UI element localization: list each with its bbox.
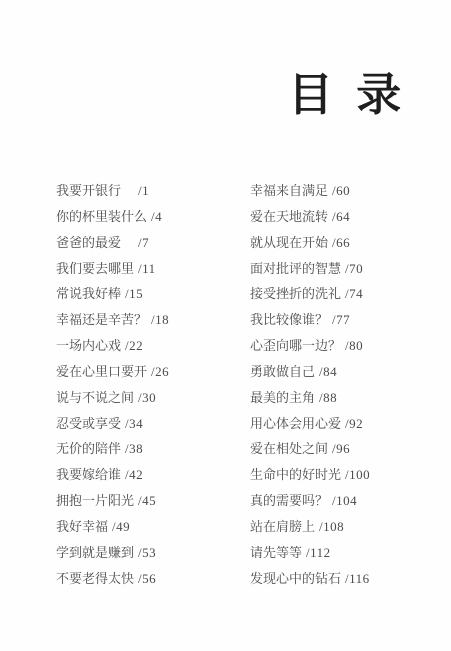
toc-item-title: 幸福还是辛苦？ [56, 312, 147, 327]
toc-item-title: 爱在相处之间 [250, 441, 328, 456]
toc-item: 幸福来自满足/60 [250, 178, 451, 204]
toc-item: 请先等等/112 [250, 540, 451, 566]
toc-item-title: 幸福来自满足 [250, 183, 328, 198]
toc-item-page-number: /88 [319, 390, 337, 405]
toc-item-page-number: /70 [345, 261, 363, 276]
toc-item-page-number: /56 [138, 571, 156, 586]
toc-item: 常说我好棒/15 [56, 281, 250, 307]
toc-item-page-number: /4 [151, 209, 162, 224]
toc-item-page-number: /74 [345, 286, 363, 301]
toc-item-title: 忍受或享受 [56, 416, 121, 431]
toc-item: 爱在相处之间/96 [250, 436, 451, 462]
toc-item-page-number: /64 [332, 209, 350, 224]
toc-item-title: 我要嫁给谁 [56, 467, 121, 482]
toc-item-title: 你的杯里装什么 [56, 209, 147, 224]
toc-item-page-number: /49 [112, 519, 130, 534]
toc-item-page-number: /112 [306, 545, 331, 560]
toc-item-page-number: /53 [138, 545, 156, 560]
toc-item-page-number: /34 [125, 416, 143, 431]
toc-item-title: 爱在天地流转 [250, 209, 328, 224]
toc-item-page-number: /7 [138, 235, 149, 250]
toc-item-title: 心歪向哪一边？ [250, 338, 341, 353]
toc-item-page-number: /18 [151, 312, 169, 327]
toc-item: 忍受或享受/34 [56, 411, 250, 437]
toc-item-title: 我们要去哪里 [56, 261, 134, 276]
toc-item-page-number: /26 [151, 364, 169, 379]
toc-item: 勇敢做自己/84 [250, 359, 451, 385]
page-title: 目 录 [288, 66, 407, 125]
toc-item-title: 拥抱一片阳光 [56, 493, 134, 508]
toc-item-page-number: /96 [332, 441, 350, 456]
toc-item-title: 我好幸福 [56, 519, 108, 534]
toc-item-title: 请先等等 [250, 545, 302, 560]
toc-item-page-number: /104 [332, 493, 357, 508]
toc-item: 幸福还是辛苦？/18 [56, 307, 250, 333]
toc-item: 接受挫折的洗礼/74 [250, 281, 451, 307]
toc-item-title: 常说我好棒 [56, 286, 121, 301]
toc-item-title: 学到就是赚到 [56, 545, 134, 560]
toc-item: 爱在心里口要开/26 [56, 359, 250, 385]
toc-item-page-number: /100 [345, 467, 370, 482]
toc-item-page-number: /45 [138, 493, 156, 508]
toc-item-title: 站在肩膀上 [250, 519, 315, 534]
toc-item: 最美的主角/88 [250, 385, 451, 411]
toc-item-title: 勇敢做自己 [250, 364, 315, 379]
toc-item-title: 说与不说之间 [56, 390, 134, 405]
toc-item-title: 一场内心戏 [56, 338, 121, 353]
toc-item-page-number: /66 [332, 235, 350, 250]
toc-item: 你的杯里装什么/4 [56, 204, 250, 230]
toc-item: 站在肩膀上/108 [250, 514, 451, 540]
toc-item: 爱在天地流转/64 [250, 204, 451, 230]
toc-item: 我要开银行 /1 [56, 178, 250, 204]
toc-item: 用心体会用心爱/92 [250, 411, 451, 437]
toc-item-page-number: /84 [319, 364, 337, 379]
toc-item-page-number: /80 [345, 338, 363, 353]
toc-item-title: 用心体会用心爱 [250, 416, 341, 431]
toc-item-page-number: /1 [138, 183, 149, 198]
toc-item: 真的需要吗？/104 [250, 488, 451, 514]
toc-item-page-number: /60 [332, 183, 350, 198]
toc-item-title: 爱在心里口要开 [56, 364, 147, 379]
toc-item: 无价的陪伴/38 [56, 436, 250, 462]
toc-item-page-number: /22 [125, 338, 143, 353]
toc-item-title: 接受挫折的洗礼 [250, 286, 341, 301]
toc-item: 生命中的好时光/100 [250, 462, 451, 488]
toc-page: 目 录 我要开银行 /1 你的杯里装什么/4 爸爸的最爱 /7 我们要去哪里/1… [0, 0, 451, 651]
toc-item-page-number: /30 [138, 390, 156, 405]
toc-columns: 我要开银行 /1 你的杯里装什么/4 爸爸的最爱 /7 我们要去哪里/11 常说… [56, 178, 451, 592]
toc-item-title: 我比较像谁？ [250, 312, 328, 327]
toc-item: 我们要去哪里/11 [56, 256, 250, 282]
toc-item-title: 面对批评的智慧 [250, 261, 341, 276]
toc-item-title: 我要开银行 [56, 183, 134, 198]
toc-item: 拥抱一片阳光/45 [56, 488, 250, 514]
toc-item-page-number: /92 [345, 416, 363, 431]
toc-item-page-number: /15 [125, 286, 143, 301]
toc-item-page-number: /108 [319, 519, 344, 534]
toc-item-page-number: /38 [125, 441, 143, 456]
toc-item: 我比较像谁？/77 [250, 307, 451, 333]
toc-column-left: 我要开银行 /1 你的杯里装什么/4 爸爸的最爱 /7 我们要去哪里/11 常说… [56, 178, 250, 592]
toc-item-title: 最美的主角 [250, 390, 315, 405]
toc-item: 不要老得太快/56 [56, 566, 250, 592]
toc-column-right: 幸福来自满足/60 爱在天地流转/64 就从现在开始/66 面对批评的智慧/70… [250, 178, 451, 592]
toc-item-title: 不要老得太快 [56, 571, 134, 586]
toc-item: 学到就是赚到/53 [56, 540, 250, 566]
toc-item-page-number: /116 [345, 571, 370, 586]
toc-item-title: 爸爸的最爱 [56, 235, 134, 250]
toc-item-title: 真的需要吗？ [250, 493, 328, 508]
toc-item-page-number: /77 [332, 312, 350, 327]
toc-item: 发现心中的钻石/116 [250, 566, 451, 592]
toc-item: 说与不说之间/30 [56, 385, 250, 411]
toc-item: 一场内心戏/22 [56, 333, 250, 359]
toc-item-title: 生命中的好时光 [250, 467, 341, 482]
toc-item: 心歪向哪一边？/80 [250, 333, 451, 359]
toc-item: 我好幸福/49 [56, 514, 250, 540]
toc-item-title: 发现心中的钻石 [250, 571, 341, 586]
toc-item: 就从现在开始/66 [250, 230, 451, 256]
toc-item-title: 就从现在开始 [250, 235, 328, 250]
toc-item-page-number: /11 [138, 261, 156, 276]
toc-item-title: 无价的陪伴 [56, 441, 121, 456]
toc-item-page-number: /42 [125, 467, 143, 482]
toc-item: 面对批评的智慧/70 [250, 256, 451, 282]
toc-item: 爸爸的最爱 /7 [56, 230, 250, 256]
toc-item: 我要嫁给谁/42 [56, 462, 250, 488]
